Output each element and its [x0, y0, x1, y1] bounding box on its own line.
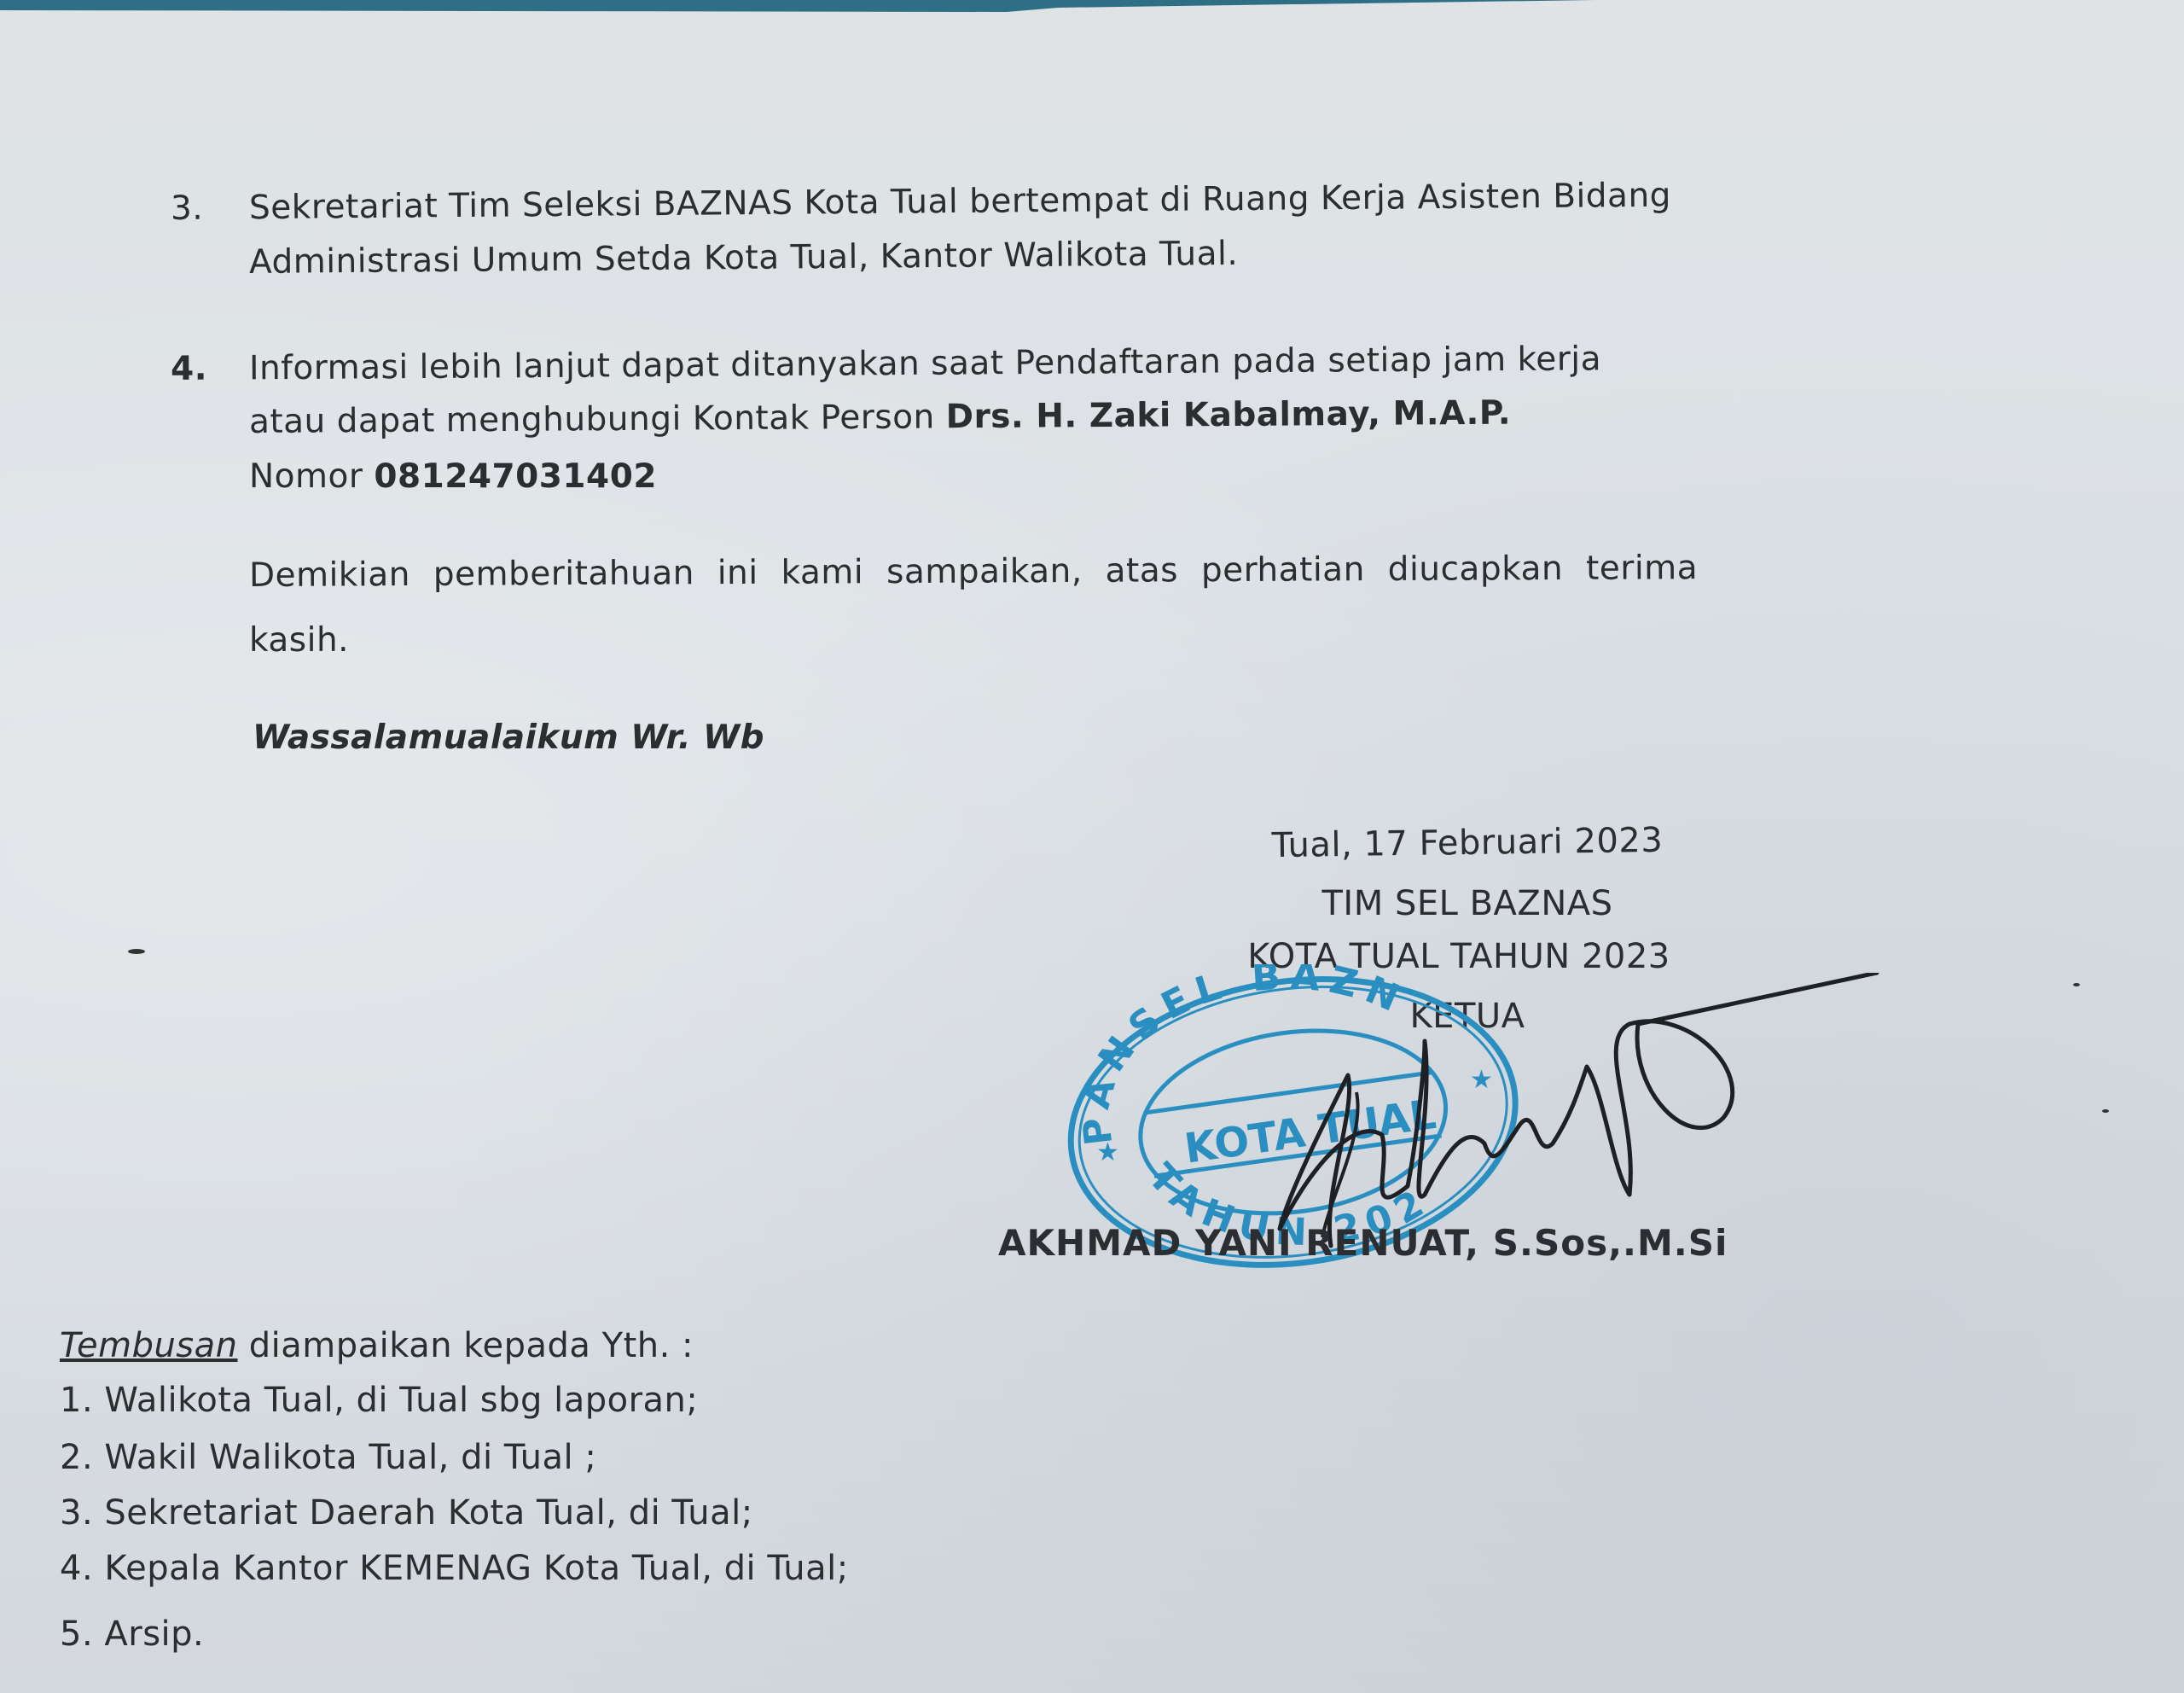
item-4-line-2: atau dapat menghubungi Kontak Person Drs…	[249, 394, 1511, 441]
signer-name: AKHMAD YANI RENUAT, S.Sos,.M.Si	[998, 1222, 1728, 1264]
svg-text:★: ★	[1096, 1137, 1119, 1167]
cc-item-5: 5. Arsip.	[60, 1614, 204, 1654]
contact-person-name: Drs. H. Zaki Kabalmay, M.A.P.	[945, 394, 1511, 437]
closing-line-2: kasih.	[249, 621, 349, 660]
background-fabric-edge	[0, 0, 2184, 12]
cc-heading-underlined: Tembusan	[60, 1326, 238, 1365]
ink-speck	[128, 949, 145, 954]
item-number: 4.	[171, 349, 249, 388]
closing-line-1: Demikian pemberitahuan ini kami sampaika…	[249, 549, 1698, 595]
ink-speck	[2073, 983, 2080, 986]
closing-salutation: Wassalamualaikum Wr. Wb	[253, 719, 764, 757]
contact-phone-number: 081247031402	[374, 457, 657, 496]
cc-item-1: 1. Walikota Tual, di Tual sbg laporan;	[60, 1381, 698, 1420]
ink-speck	[2102, 1109, 2109, 1113]
item-3-line-1: 3.Sekretariat Tim Seleksi BAZNAS Kota Tu…	[171, 177, 1671, 228]
cc-item-4: 4. Kepala Kantor KEMENAG Kota Tual, di T…	[60, 1549, 849, 1588]
item-number: 3.	[171, 189, 249, 228]
item-3-line-2: Administrasi Umum Setda Kota Tual, Kanto…	[249, 235, 1239, 282]
place-date: Tual, 17 Februari 2023	[1160, 819, 1775, 867]
cc-item-3: 3. Sekretariat Daerah Kota Tual, di Tual…	[60, 1493, 753, 1533]
item-4-line-1: 4.Informasi lebih lanjut dapat ditanyaka…	[171, 340, 1601, 388]
item-4-line-3: Nomor 081247031402	[249, 457, 657, 496]
org-line-1: TIM SEL BAZNAS	[1160, 884, 1774, 923]
cc-heading: Tembusan diampaikan kepada Yth. :	[60, 1326, 694, 1365]
cc-item-2: 2. Wakil Walikota Tual, di Tual ;	[60, 1438, 596, 1477]
